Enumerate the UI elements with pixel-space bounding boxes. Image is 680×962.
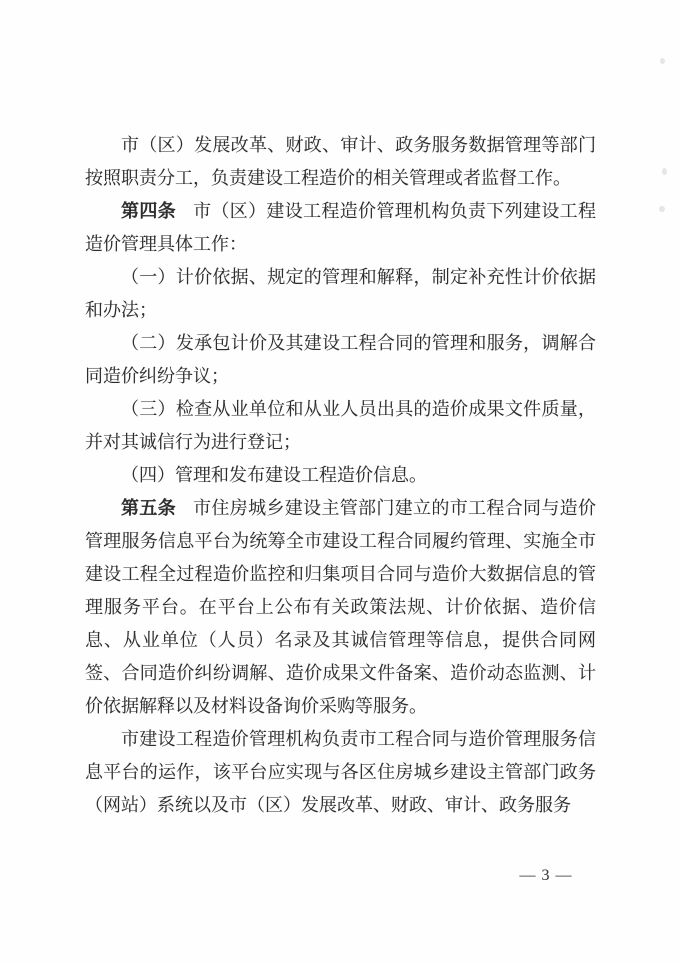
paragraph: （三）检查从业单位和从业人员出具的造价成果文件质量，并对其诚信行为进行登记；: [85, 393, 596, 459]
document-page: 市（区）发展改革、财政、审计、政务服务数据管理等部门按照职责分工，负责建设工程造…: [0, 0, 680, 962]
paragraph: 第四条市（区）建设工程造价管理机构负责下列建设工程造价管理具体工作：: [85, 195, 596, 261]
scan-artifact: [660, 58, 665, 64]
paragraph: （二）发承包计价及其建设工程合同的管理和服务，调解合同造价纠纷争议；: [85, 327, 596, 393]
paragraph: （四）管理和发布建设工程造价信息。: [85, 459, 596, 492]
page-number: — 3 —: [511, 866, 581, 886]
article-number: 第五条: [121, 498, 176, 518]
scan-artifact: [662, 168, 667, 175]
paragraph-text: 市（区）发展改革、财政、审计、政务服务数据管理等部门按照职责分工，负责建设工程造…: [85, 135, 596, 188]
paragraph: 市建设工程造价管理机构负责市工程合同与造价管理服务信息平台的运作，该平台应实现与…: [85, 723, 596, 822]
paragraph-text: 市住房城乡建设主管部门建立的市工程合同与造价管理服务信息平台为统筹全市建设工程合…: [85, 498, 596, 716]
paragraph-text: 市建设工程造价管理机构负责市工程合同与造价管理服务信息平台的运作，该平台应实现与…: [85, 729, 596, 815]
paragraph: 第五条市住房城乡建设主管部门建立的市工程合同与造价管理服务信息平台为统筹全市建设…: [85, 492, 596, 723]
paragraph-text: （四）管理和发布建设工程造价信息。: [121, 465, 427, 485]
paragraph-text: （三）检查从业单位和从业人员出具的造价成果文件质量，并对其诚信行为进行登记；: [85, 399, 596, 452]
document-body: 市（区）发展改革、财政、审计、政务服务数据管理等部门按照职责分工，负责建设工程造…: [85, 129, 596, 822]
paragraph-text: （二）发承包计价及其建设工程合同的管理和服务，调解合同造价纠纷争议；: [85, 333, 596, 386]
article-number: 第四条: [121, 201, 176, 221]
paragraph-text: （一）计价依据、规定的管理和解释，制定补充性计价依据和办法；: [85, 267, 596, 320]
scan-artifact: [659, 206, 665, 212]
paragraph: 市（区）发展改革、财政、审计、政务服务数据管理等部门按照职责分工，负责建设工程造…: [85, 129, 596, 195]
paragraph: （一）计价依据、规定的管理和解释，制定补充性计价依据和办法；: [85, 261, 596, 327]
